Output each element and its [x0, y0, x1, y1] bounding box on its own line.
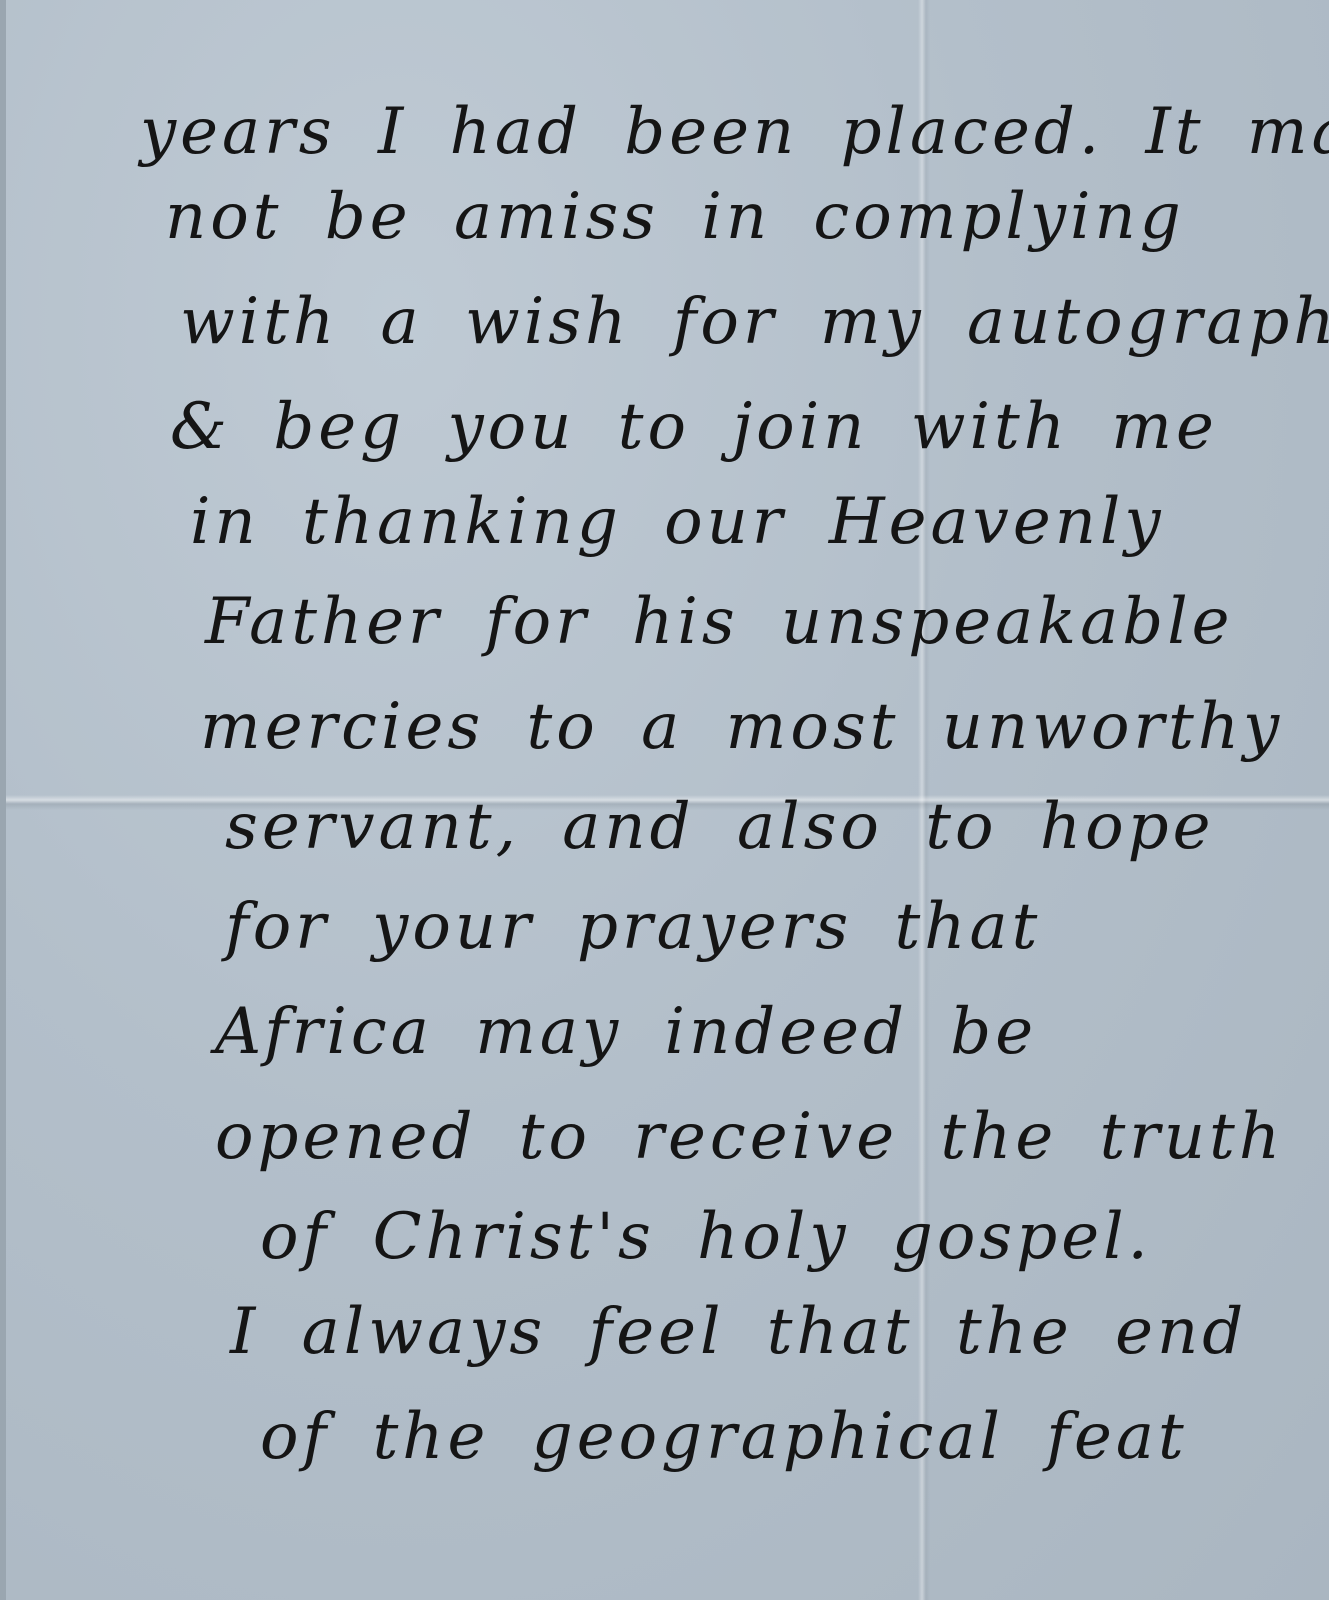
letter-line-8: servant, and also to hope — [225, 790, 1214, 864]
letter-line-12: of Christ's holy gospel. — [260, 1200, 1152, 1274]
letter-line-11: opened to receive the truth — [215, 1100, 1284, 1174]
letter-line-6: Father for his unspeakable — [205, 585, 1234, 659]
letter-line-5: in thanking our Heavenly — [190, 485, 1165, 559]
letter-line-14: of the geographical feat — [260, 1400, 1188, 1474]
letter-page: years I had been placed. It may not be a… — [0, 0, 1329, 1600]
letter-line-3: with a wish for my autograph — [180, 285, 1329, 359]
letter-line-10: Africa may indeed be — [215, 995, 1037, 1069]
letter-line-1: years I had been placed. It may — [140, 95, 1329, 169]
letter-line-4: & beg you to join with me — [170, 390, 1218, 464]
letter-line-13: I always feel that the end — [230, 1295, 1247, 1369]
letter-line-9: for your prayers that — [225, 890, 1041, 964]
letter-line-2: not be amiss in complying — [165, 180, 1185, 254]
letter-line-7: mercies to a most unworthy — [200, 690, 1283, 764]
